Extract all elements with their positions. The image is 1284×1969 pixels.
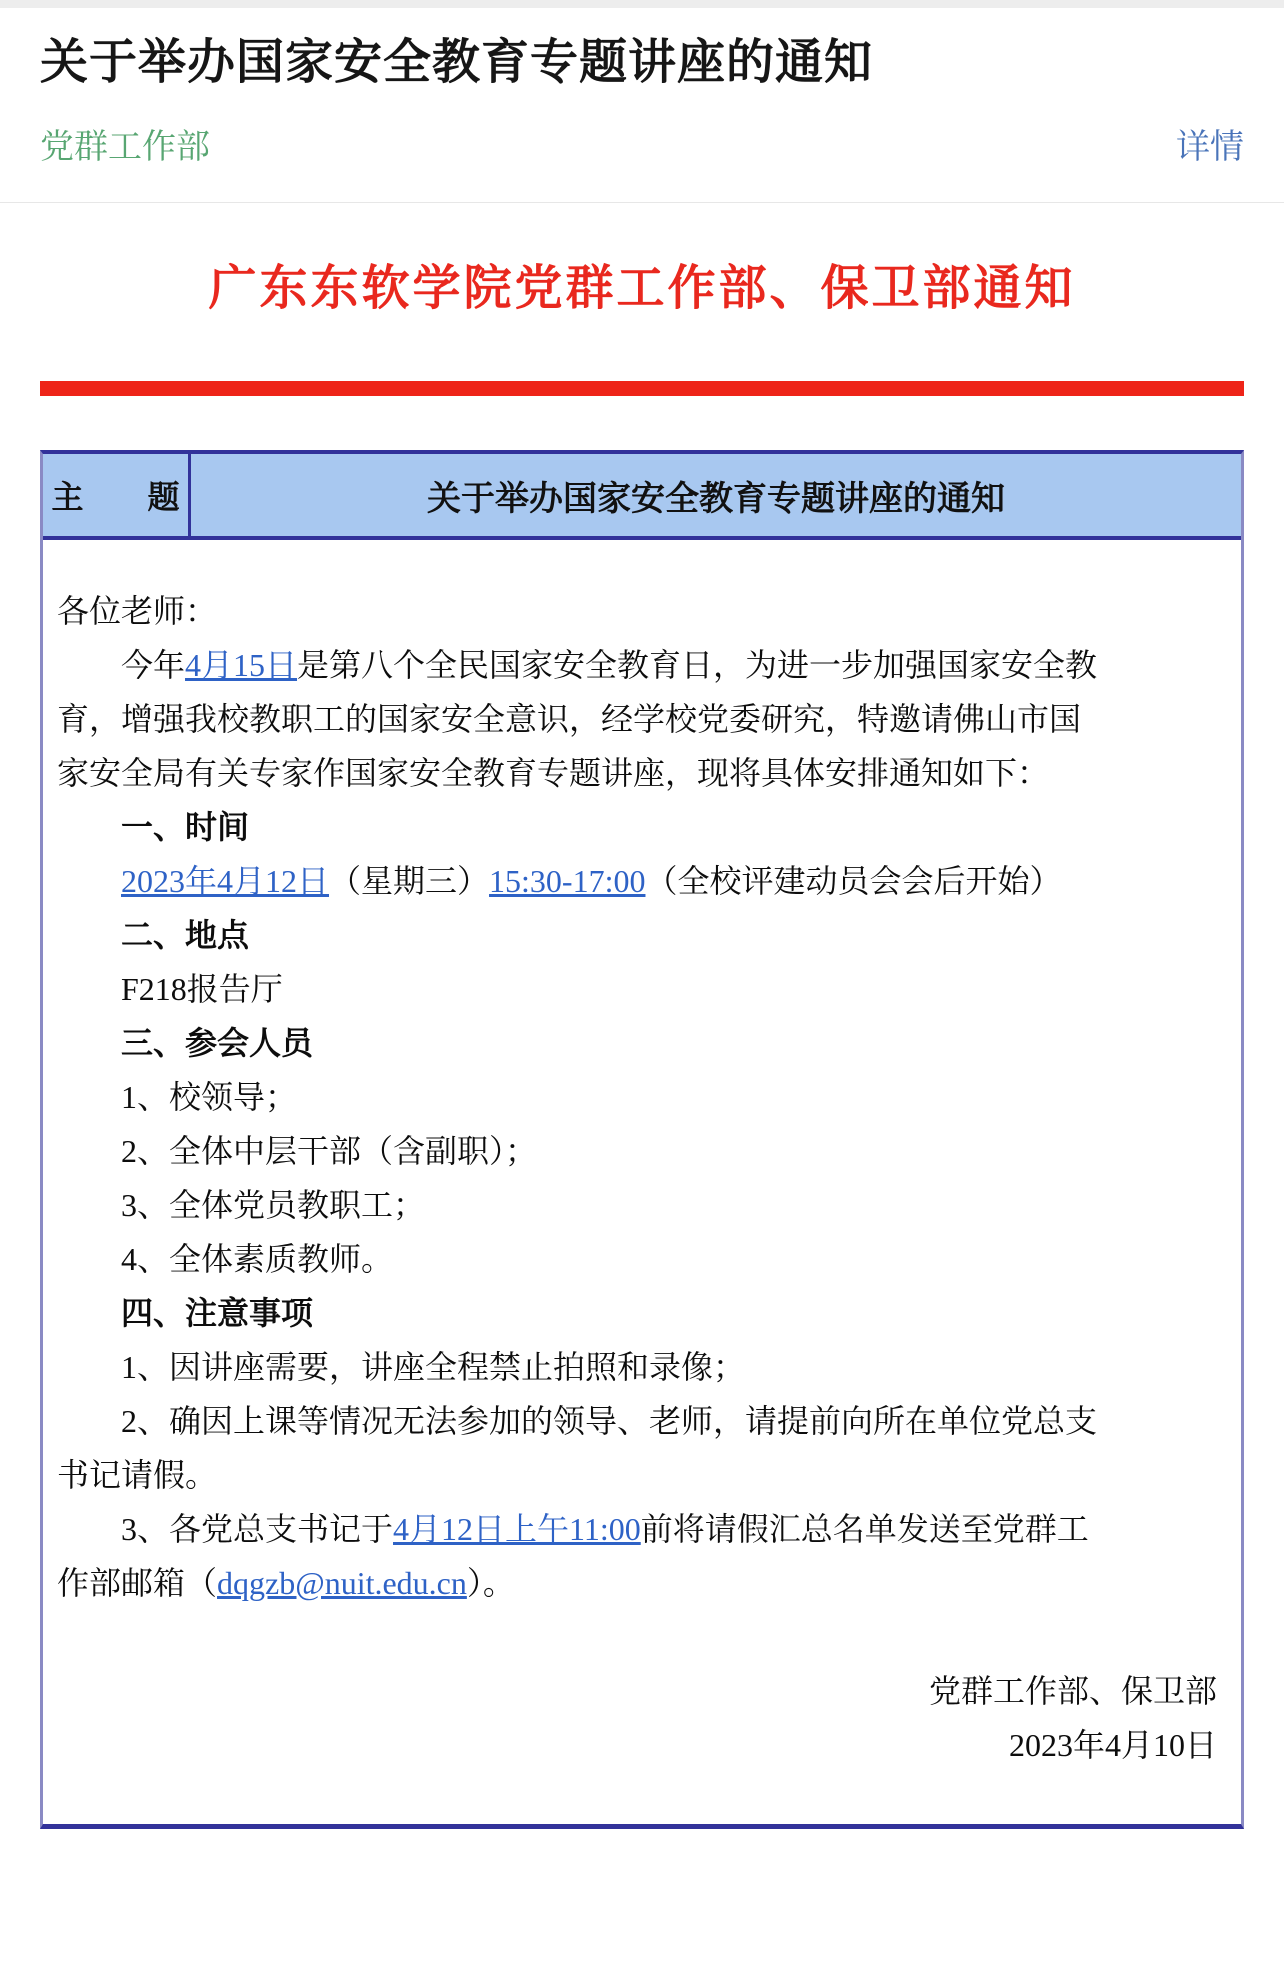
section-heading-notes: 四、注意事项 — [57, 1286, 1227, 1340]
time-note: （全校评建动员会会后开始） — [645, 863, 1061, 899]
section-heading-location: 二、地点 — [57, 908, 1227, 962]
attendee-item: 2、全体中层干部（含副职）； — [57, 1124, 1227, 1178]
note-item-2: 2、确因上课等情况无法参加的领导、老师，请提前向所在单位党总支书记请假。 — [57, 1394, 1107, 1502]
section-heading-attendees: 三、参会人员 — [57, 1016, 1227, 1070]
signature-block: 党群工作部、保卫部 2023年4月10日 — [57, 1664, 1227, 1772]
page-title: 关于举办国家安全教育专题讲座的通知 — [40, 34, 1244, 92]
subject-value-cell: 关于举办国家安全教育专题讲座的通知 — [191, 454, 1241, 536]
note-item-1: 1、因讲座需要，讲座全程禁止拍照和录像； — [57, 1340, 1227, 1394]
time-range-link[interactable]: 15:30-17:00 — [489, 863, 645, 899]
email-link[interactable]: dqgzb@nuit.edu.cn — [217, 1565, 467, 1601]
subject-label-cell: 主 题 — [43, 454, 191, 536]
note3-text-pre: 3、各党总支书记于 — [121, 1511, 393, 1547]
department-label: 党群工作部 — [40, 124, 210, 170]
attendee-item: 1、校领导； — [57, 1070, 1227, 1124]
section-heading-time: 一、时间 — [57, 800, 1227, 854]
attendee-item: 4、全体素质教师。 — [57, 1232, 1227, 1286]
top-strip — [0, 0, 1284, 8]
time-line: 2023年4月12日（星期三）15:30-17:00（全校评建动员会会后开始） — [57, 854, 1227, 908]
header-meta-row: 党群工作部 详情 — [40, 124, 1244, 170]
location-text: F218报告厅 — [57, 962, 1227, 1016]
deadline-link[interactable]: 4月12日上午11:00 — [393, 1511, 641, 1547]
page-header: 关于举办国家安全教育专题讲座的通知 党群工作部 详情 — [0, 8, 1284, 203]
date-link-april15[interactable]: 4月15日 — [185, 647, 297, 683]
intro-paragraph: 今年4月15日是第八个全民国家安全教育日，为进一步加强国家安全教育，增强我校教职… — [57, 638, 1107, 800]
notice-banner-title: 广东东软学院党群工作部、保卫部通知 — [40, 257, 1244, 321]
note-item-3: 3、各党总支书记于4月12日上午11:00前将请假汇总名单发送至党群工作部邮箱（… — [57, 1502, 1107, 1610]
notice-body: 各位老师： 今年4月15日是第八个全民国家安全教育日，为进一步加强国家安全教育，… — [43, 540, 1241, 1824]
time-weekday: （星期三） — [329, 863, 489, 899]
date-link-april12[interactable]: 2023年4月12日 — [121, 863, 329, 899]
intro-text-pre: 今年 — [121, 647, 185, 683]
red-divider-bar — [40, 381, 1244, 396]
attendee-item: 3、全体党员教职工； — [57, 1178, 1227, 1232]
subject-table-header: 主 题 关于举办国家安全教育专题讲座的通知 — [43, 454, 1241, 540]
note3-text-post: ）。 — [467, 1565, 515, 1601]
subject-table: 主 题 关于举办国家安全教育专题讲座的通知 各位老师： 今年4月15日是第八个全… — [40, 450, 1244, 1829]
signature-date: 2023年4月10日 — [57, 1718, 1217, 1772]
salutation: 各位老师： — [57, 584, 1227, 638]
detail-link[interactable]: 详情 — [1176, 124, 1244, 170]
signature-org: 党群工作部、保卫部 — [57, 1664, 1217, 1718]
